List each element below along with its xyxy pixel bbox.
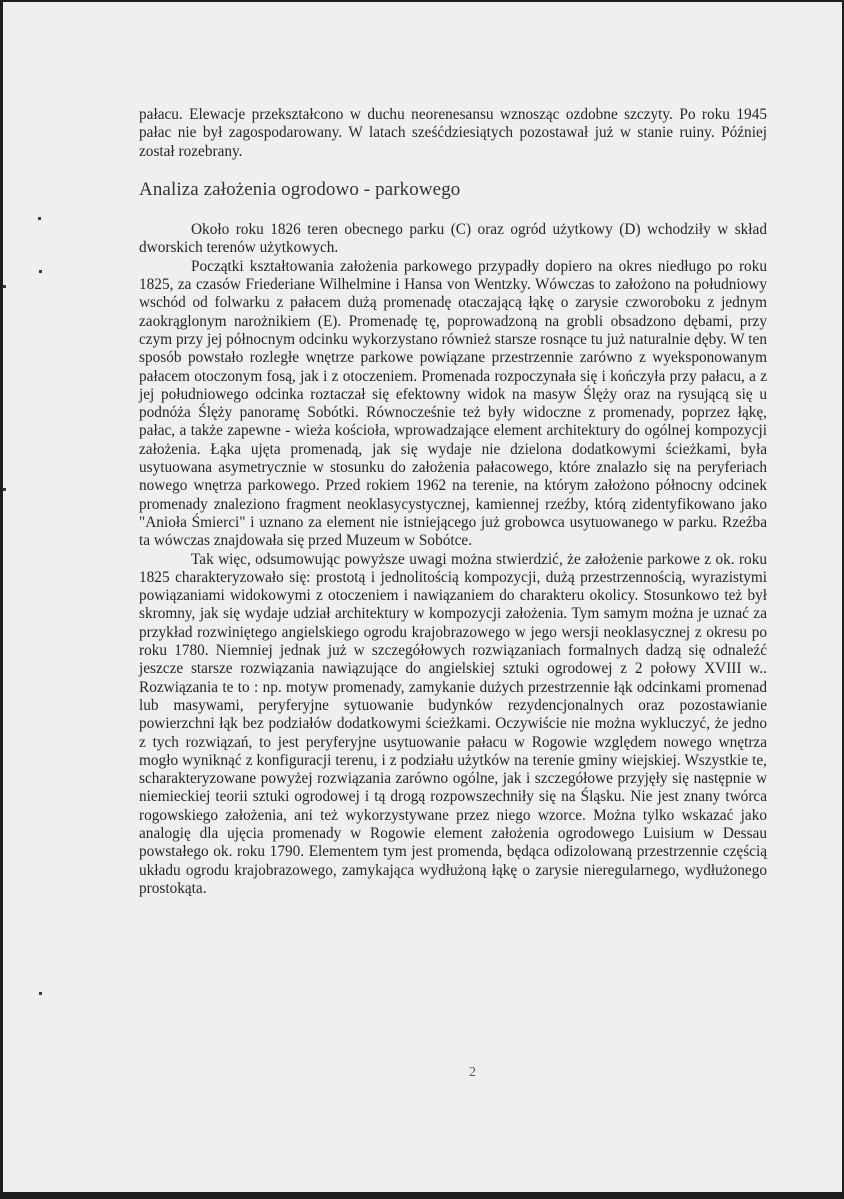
scanned-page: pałacu. Elewacje przekształcono w duchu … bbox=[3, 2, 842, 1192]
paragraph: Tak więc, odsumowując powyższe uwagi moż… bbox=[139, 551, 767, 899]
paragraph: Początki kształtowania założenia parkowe… bbox=[139, 258, 767, 551]
paragraph: Około roku 1826 teren obecnego parku (C)… bbox=[139, 221, 767, 258]
margin-speck bbox=[3, 285, 6, 288]
margin-speck bbox=[38, 217, 41, 220]
page-number: 2 bbox=[469, 1065, 476, 1081]
section-heading: Analiza założenia ogrodowo - parkowego bbox=[139, 181, 767, 199]
margin-speck bbox=[39, 992, 42, 995]
document-body: pałacu. Elewacje przekształcono w duchu … bbox=[139, 106, 767, 898]
margin-speck bbox=[39, 270, 42, 273]
intro-paragraph: pałacu. Elewacje przekształcono w duchu … bbox=[139, 106, 767, 161]
margin-speck bbox=[3, 488, 6, 491]
